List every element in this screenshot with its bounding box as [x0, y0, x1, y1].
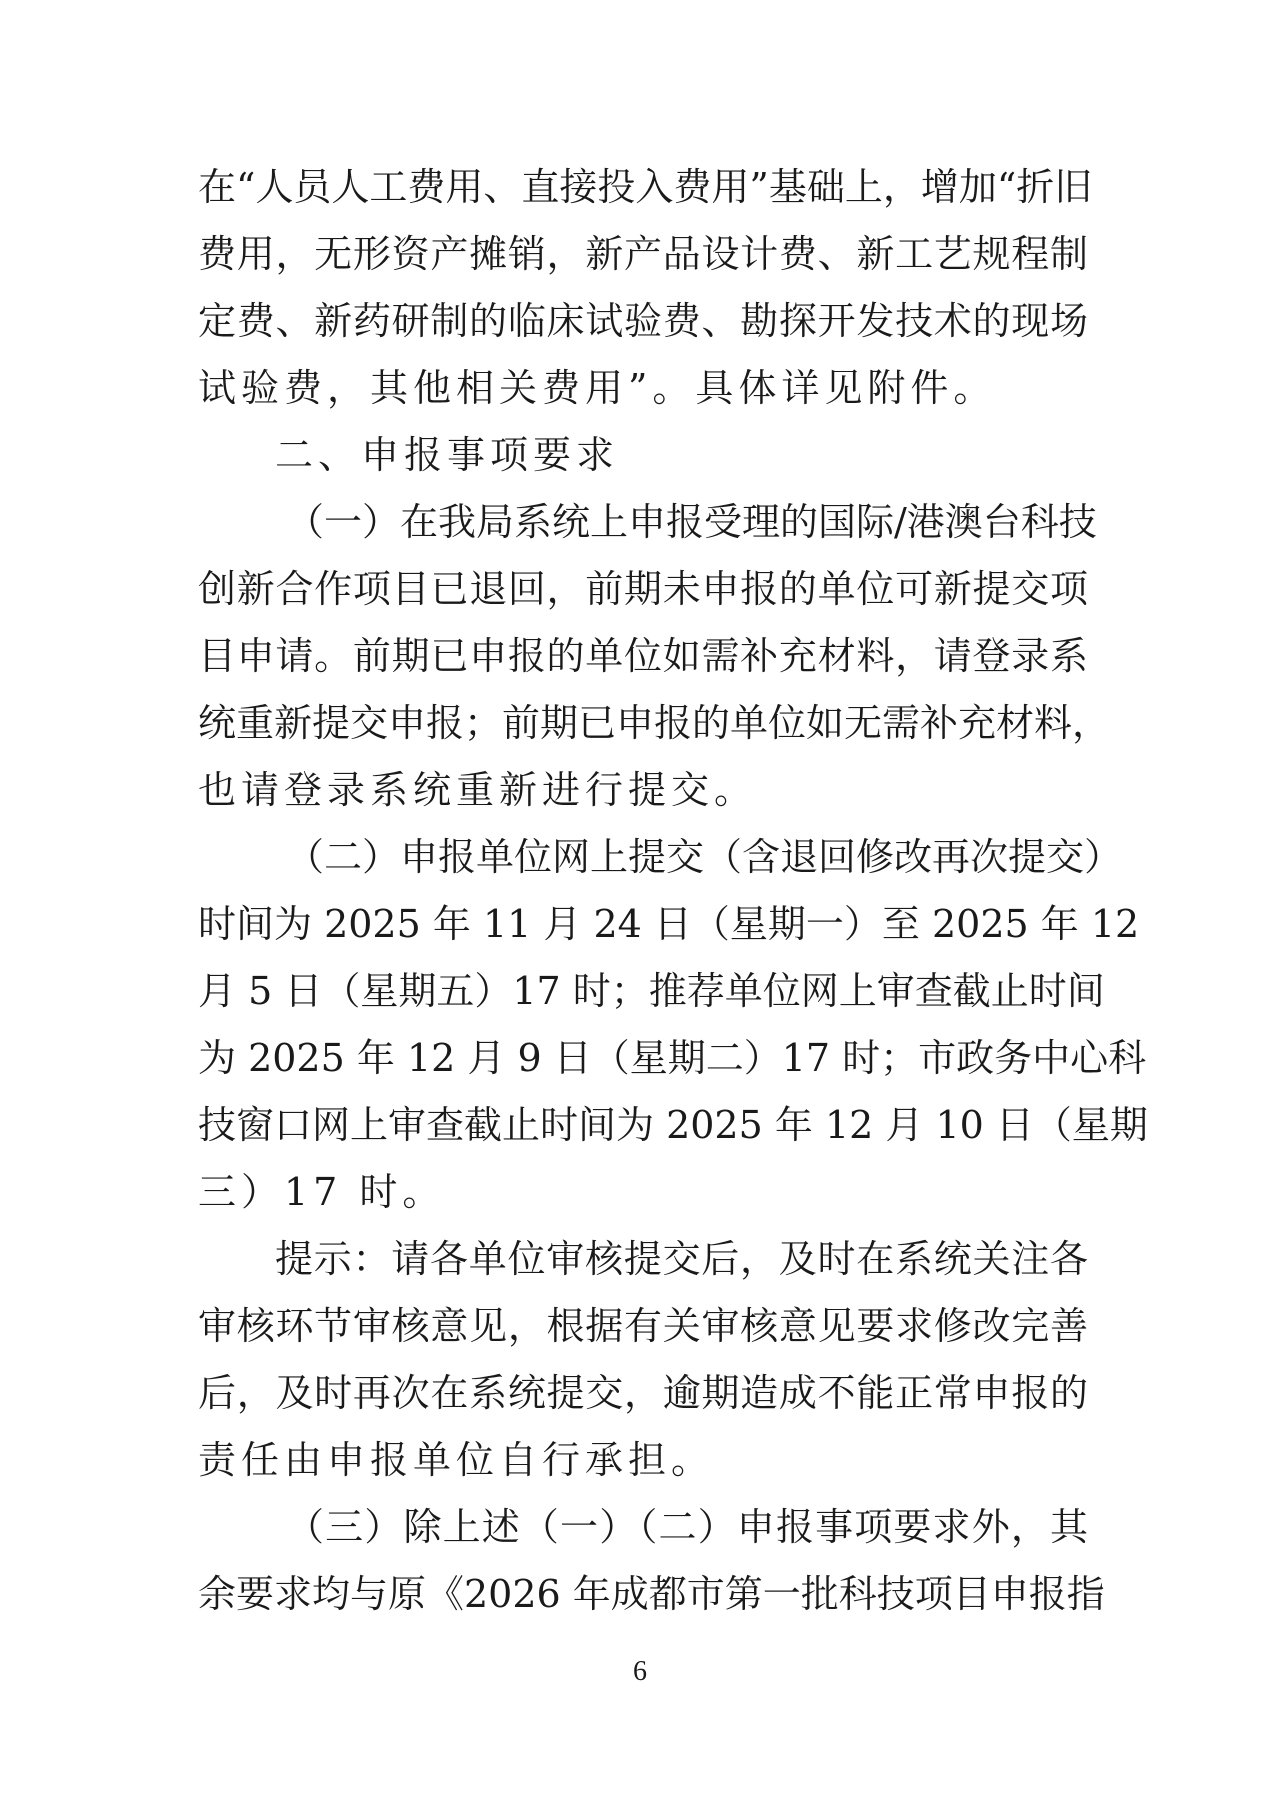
text-line: 时间为 2025 年 11 月 24 日（星期一）至 2025 年 12 [198, 891, 1088, 958]
text-line: （三）除上述（一）（二）申报事项要求外，其 [198, 1494, 1088, 1561]
section-heading: 二、申报事项要求 [198, 422, 1088, 489]
text-line: 费用，无形资产摊销，新产品设计费、新工艺规程制 [198, 221, 1088, 288]
text-line: 审核环节审核意见，根据有关审核意见要求修改完善 [198, 1293, 1088, 1360]
document-page: 在“人员人工费用、直接投入费用”基础上，增加“折旧 费用，无形资产摊销，新产品设… [0, 0, 1280, 1810]
page-number: 6 [0, 1656, 1280, 1688]
paragraph-item-3: （三）除上述（一）（二）申报事项要求外，其 余要求均与原《2026 年成都市第一… [198, 1494, 1088, 1628]
text-line: 余要求均与原《2026 年成都市第一批科技项目申报指 [198, 1561, 1088, 1628]
text-line: 统重新提交申报；前期已申报的单位如无需补充材料， [198, 690, 1088, 757]
text-line: 为 2025 年 12 月 9 日（星期二）17 时；市政务中心科 [198, 1025, 1088, 1092]
text-line: 在“人员人工费用、直接投入费用”基础上，增加“折旧 [198, 154, 1088, 221]
text-line: （一）在我局系统上申报受理的国际/港澳台科技 [198, 489, 1088, 556]
text-line: 定费、新药研制的临床试验费、勘探开发技术的现场 [198, 288, 1088, 355]
heading-text: 二、申报事项要求 [198, 422, 1088, 489]
text-line: 提示：请各单位审核提交后，及时在系统关注各 [198, 1226, 1088, 1293]
text-line: 技窗口网上审查截止时间为 2025 年 12 月 10 日（星期 [198, 1092, 1088, 1159]
text-line: 三）17 时。 [198, 1159, 1088, 1226]
text-line: 后，及时再次在系统提交，逾期造成不能正常申报的 [198, 1360, 1088, 1427]
paragraph-expense-scope: 在“人员人工费用、直接投入费用”基础上，增加“折旧 费用，无形资产摊销，新产品设… [198, 154, 1088, 422]
text-line: 目申请。前期已申报的单位如需补充材料，请登录系 [198, 623, 1088, 690]
paragraph-notice: 提示：请各单位审核提交后，及时在系统关注各 审核环节审核意见，根据有关审核意见要… [198, 1226, 1088, 1494]
document-body: 在“人员人工费用、直接投入费用”基础上，增加“折旧 费用，无形资产摊销，新产品设… [198, 154, 1088, 1628]
paragraph-item-2: （二）申报单位网上提交（含退回修改再次提交） 时间为 2025 年 11 月 2… [198, 824, 1088, 1226]
text-line: 月 5 日（星期五）17 时；推荐单位网上审查截止时间 [198, 958, 1088, 1025]
text-line: 也请登录系统重新进行提交。 [198, 757, 1088, 824]
text-line: 创新合作项目已退回，前期未申报的单位可新提交项 [198, 556, 1088, 623]
text-line: 责任由申报单位自行承担。 [198, 1427, 1088, 1494]
text-line: （二）申报单位网上提交（含退回修改再次提交） [198, 824, 1088, 891]
paragraph-item-1: （一）在我局系统上申报受理的国际/港澳台科技 创新合作项目已退回，前期未申报的单… [198, 489, 1088, 824]
text-line: 试验费，其他相关费用”。具体详见附件。 [198, 355, 1088, 422]
